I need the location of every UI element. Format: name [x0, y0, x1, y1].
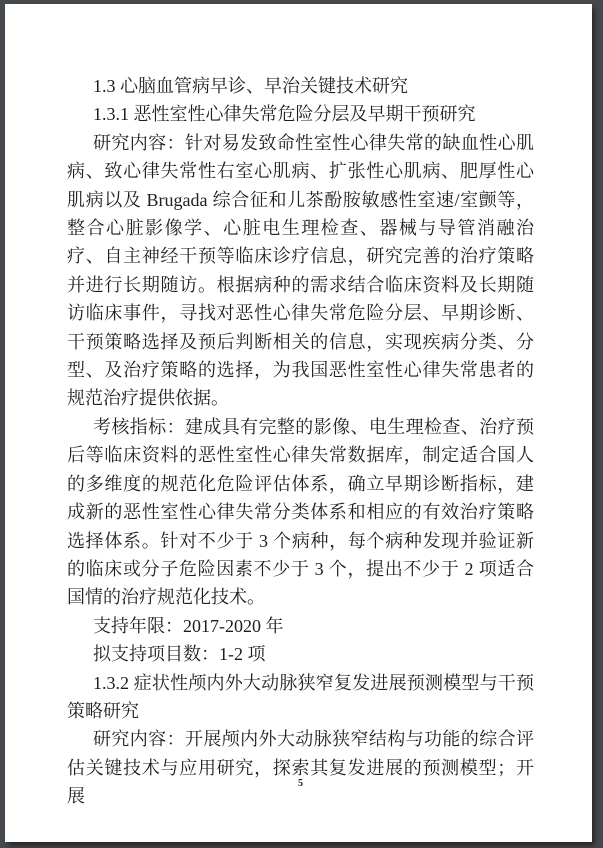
document-page: 1.3 心脑血管病早诊、早治关键技术研究 1.3.1 恶性室性心律失常危险分层及…: [5, 4, 592, 842]
page-number: 5: [67, 774, 534, 794]
section-heading: 1.3.2 症状性颅内外大动脉狭窄复发进展预测模型与干预策略研究: [67, 669, 534, 726]
section-heading: 1.3 心脑血管病早诊、早治关键技术研究: [67, 72, 534, 100]
paragraph-support-years: 支持年限：2017-2020 年: [67, 612, 534, 640]
document-viewer: 1.3 心脑血管病早诊、早治关键技术研究 1.3.1 恶性室性心律失常危险分层及…: [0, 0, 603, 848]
paragraph-assessment-indicators: 考核指标：建成具有完整的影像、电生理检查、治疗预后等临床资料的恶性室性心律失常数…: [67, 413, 534, 612]
section-heading: 1.3.1 恶性室性心律失常危险分层及早期干预研究: [67, 100, 534, 128]
paragraph-research-content: 研究内容：开展颅内外大动脉狭窄结构与功能的综合评估关键技术与应用研究，探索其复发…: [67, 725, 534, 810]
paragraph-planned-project-count: 拟支持项目数：1-2 项: [67, 640, 534, 668]
document-text-block: 1.3 心脑血管病早诊、早治关键技术研究 1.3.1 恶性室性心律失常危险分层及…: [67, 72, 534, 811]
paragraph-research-content: 研究内容：针对易发致命性室性心律失常的缺血性心肌病、致心律失常性右室心肌病、扩张…: [67, 129, 534, 413]
